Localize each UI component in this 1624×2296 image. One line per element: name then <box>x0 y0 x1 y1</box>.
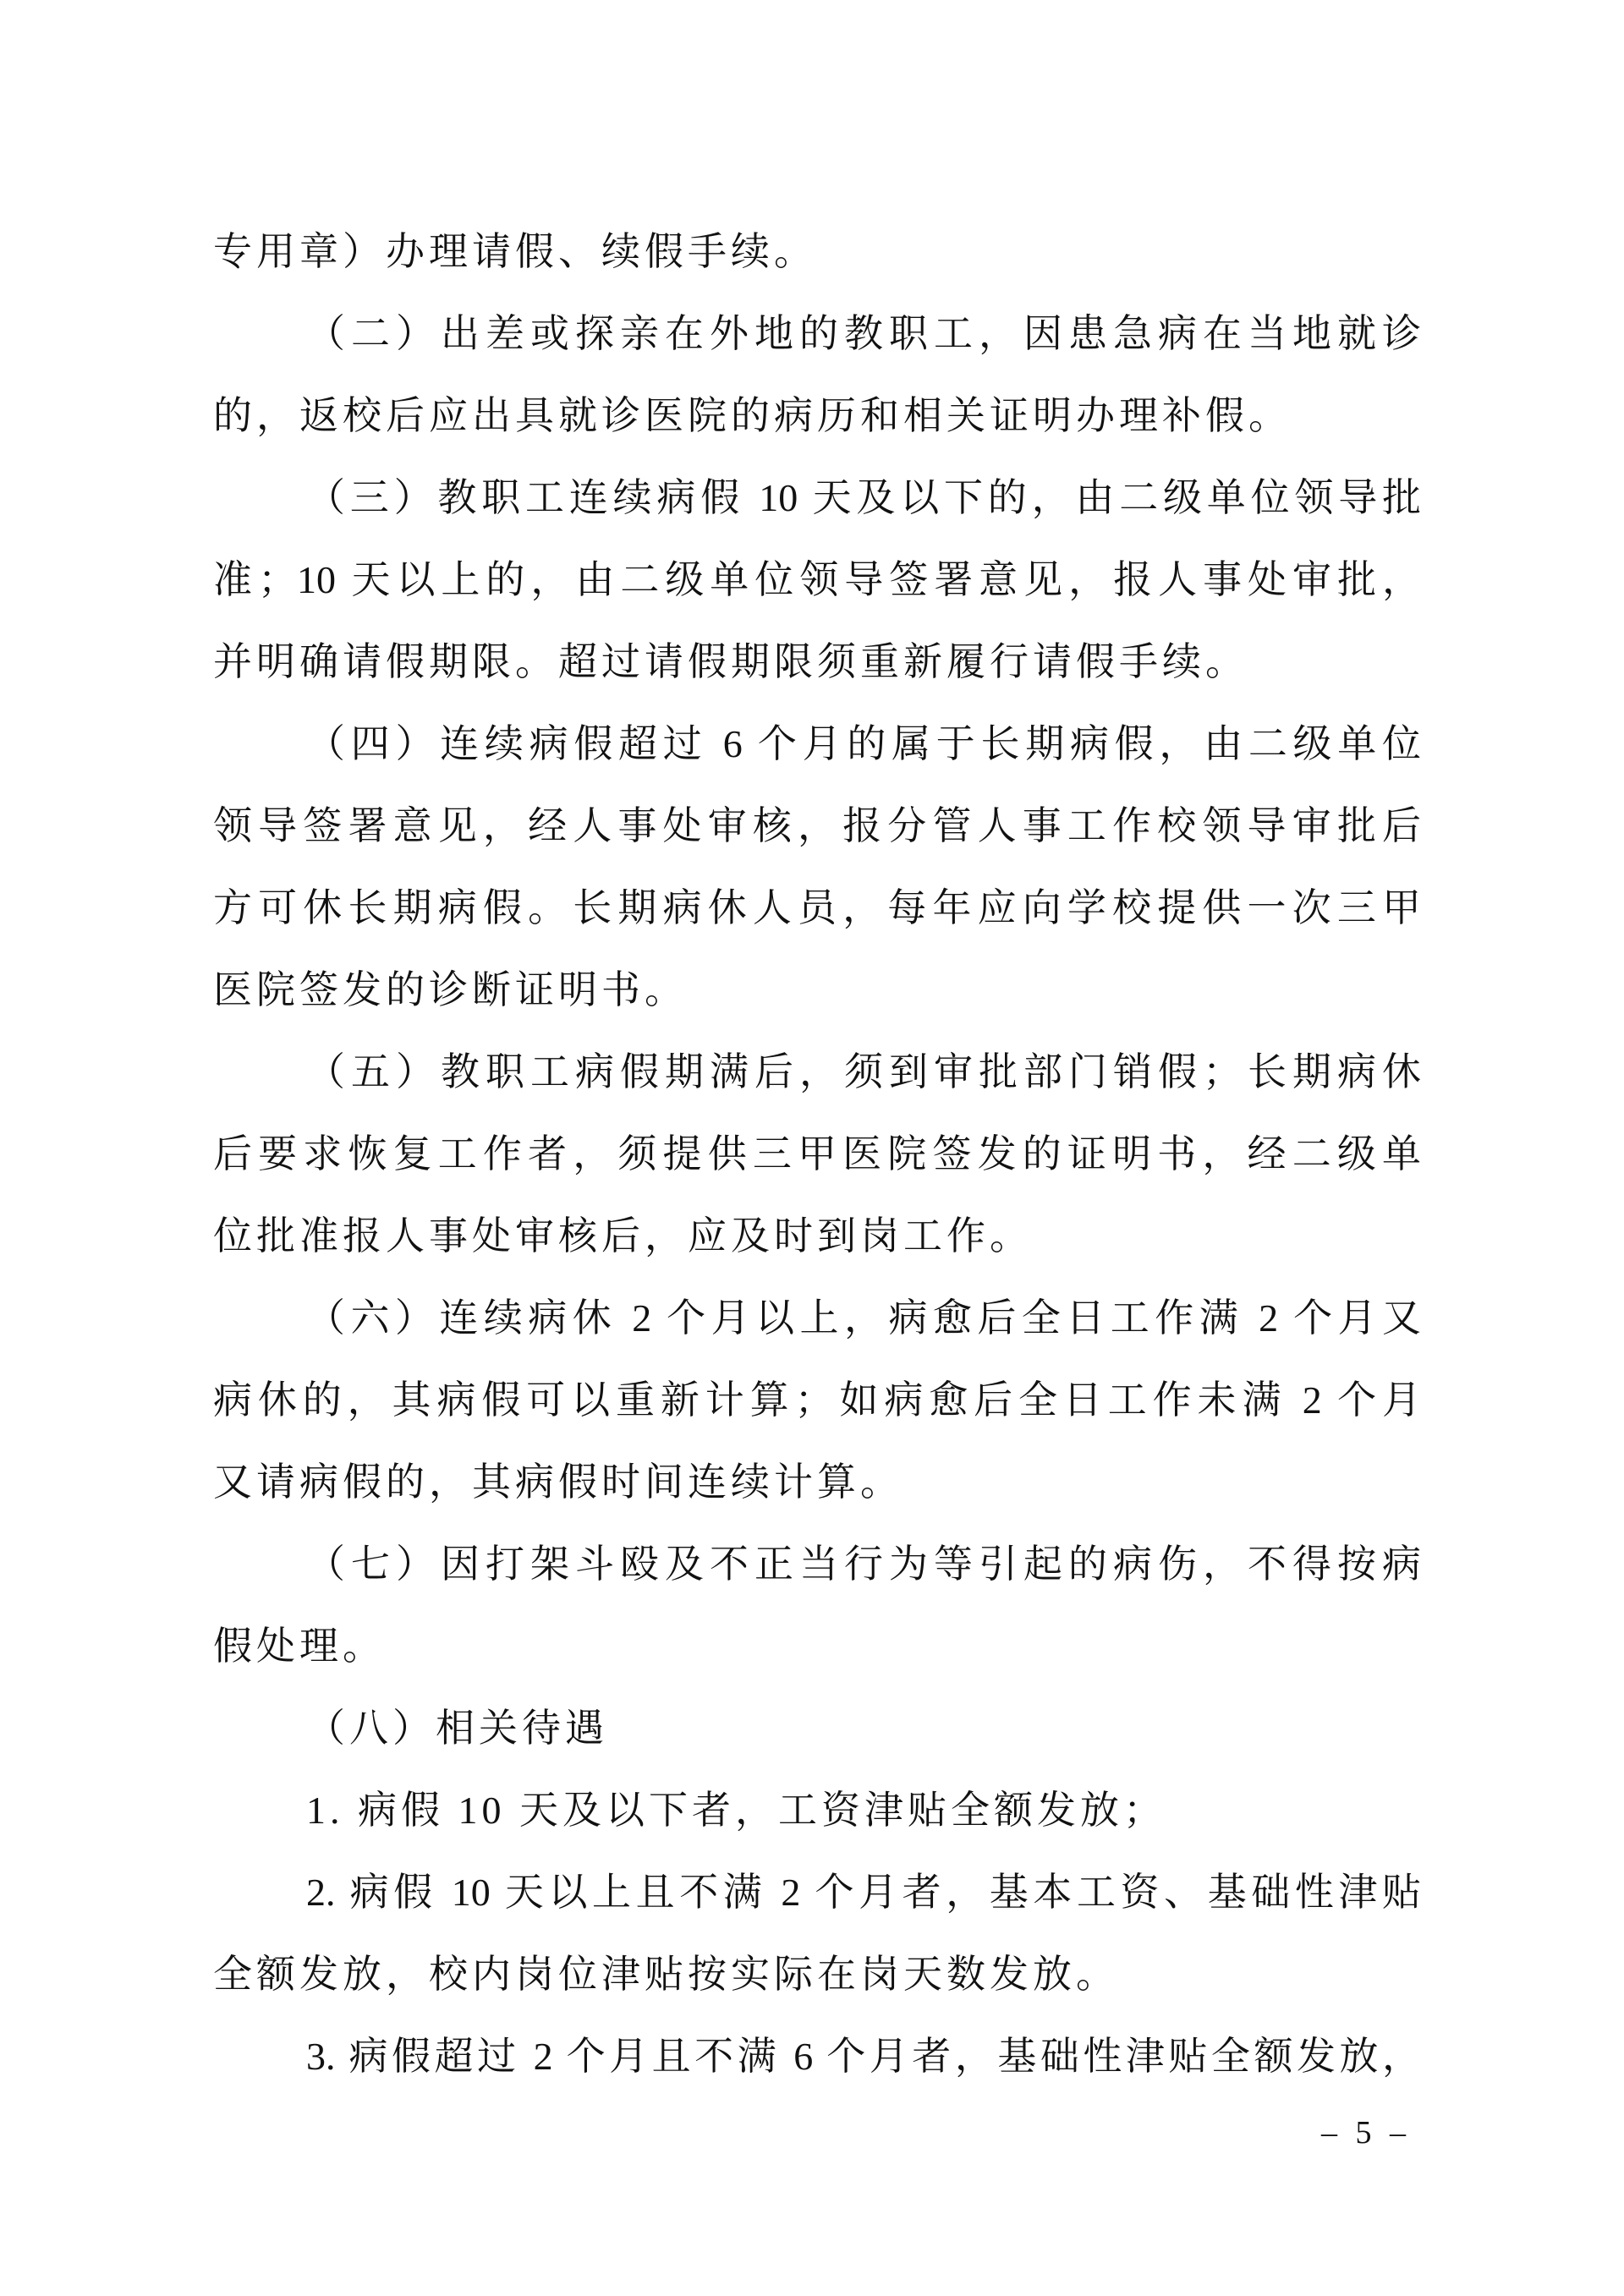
text-line: （二）出差或探亲在外地的教职工，因患急病在当地就诊 <box>213 293 1421 375</box>
text-line: 领导签署意见，经人事处审核，报分管人事工作校领导审批后 <box>213 785 1421 867</box>
text-line: 1. 病假 10 天及以下者，工资津贴全额发放； <box>213 1769 1421 1851</box>
text-line: 病休的，其病假可以重新计算；如病愈后全日工作未满 2 个月 <box>213 1359 1421 1441</box>
text-line: （四）连续病假超过 6 个月的属于长期病假，由二级单位 <box>213 703 1421 785</box>
text-line: 假处理。 <box>213 1605 1421 1687</box>
text-line: （五）教职工病假期满后，须到审批部门销假；长期病休 <box>213 1031 1421 1113</box>
document-page: 专用章）办理请假、续假手续。（二）出差或探亲在外地的教职工，因患急病在当地就诊的… <box>0 0 1624 2296</box>
text-line: 位批准报人事处审核后，应及时到岗工作。 <box>213 1195 1421 1277</box>
text-line: （六）连续病休 2 个月以上，病愈后全日工作满 2 个月又 <box>213 1277 1421 1359</box>
text-line: 方可休长期病假。长期病休人员，每年应向学校提供一次三甲 <box>213 867 1421 949</box>
text-line: （三）教职工连续病假 10 天及以下的，由二级单位领导批 <box>213 457 1421 539</box>
text-line: 的，返校后应出具就诊医院的病历和相关证明办理补假。 <box>213 375 1421 457</box>
text-line: 后要求恢复工作者，须提供三甲医院签发的证明书，经二级单 <box>213 1113 1421 1195</box>
page-number: – 5 – <box>1321 2112 1411 2153</box>
text-line: 3. 病假超过 2 个月且不满 6 个月者，基础性津贴全额发放， <box>213 2015 1421 2097</box>
text-line: 全额发放，校内岗位津贴按实际在岗天数发放。 <box>213 1933 1421 2015</box>
text-line: 准；10 天以上的，由二级单位领导签署意见，报人事处审批， <box>213 539 1421 621</box>
text-line: 医院签发的诊断证明书。 <box>213 949 1421 1031</box>
text-line: （七）因打架斗殴及不正当行为等引起的病伤，不得按病 <box>213 1523 1421 1605</box>
text-line: 专用章）办理请假、续假手续。 <box>213 211 1421 293</box>
text-line: 2. 病假 10 天以上且不满 2 个月者，基本工资、基础性津贴 <box>213 1851 1421 1933</box>
document-body: 专用章）办理请假、续假手续。（二）出差或探亲在外地的教职工，因患急病在当地就诊的… <box>213 211 1421 2097</box>
text-line: 并明确请假期限。超过请假期限须重新履行请假手续。 <box>213 621 1421 703</box>
text-line: 又请病假的，其病假时间连续计算。 <box>213 1441 1421 1523</box>
text-line: （八）相关待遇 <box>213 1687 1421 1769</box>
